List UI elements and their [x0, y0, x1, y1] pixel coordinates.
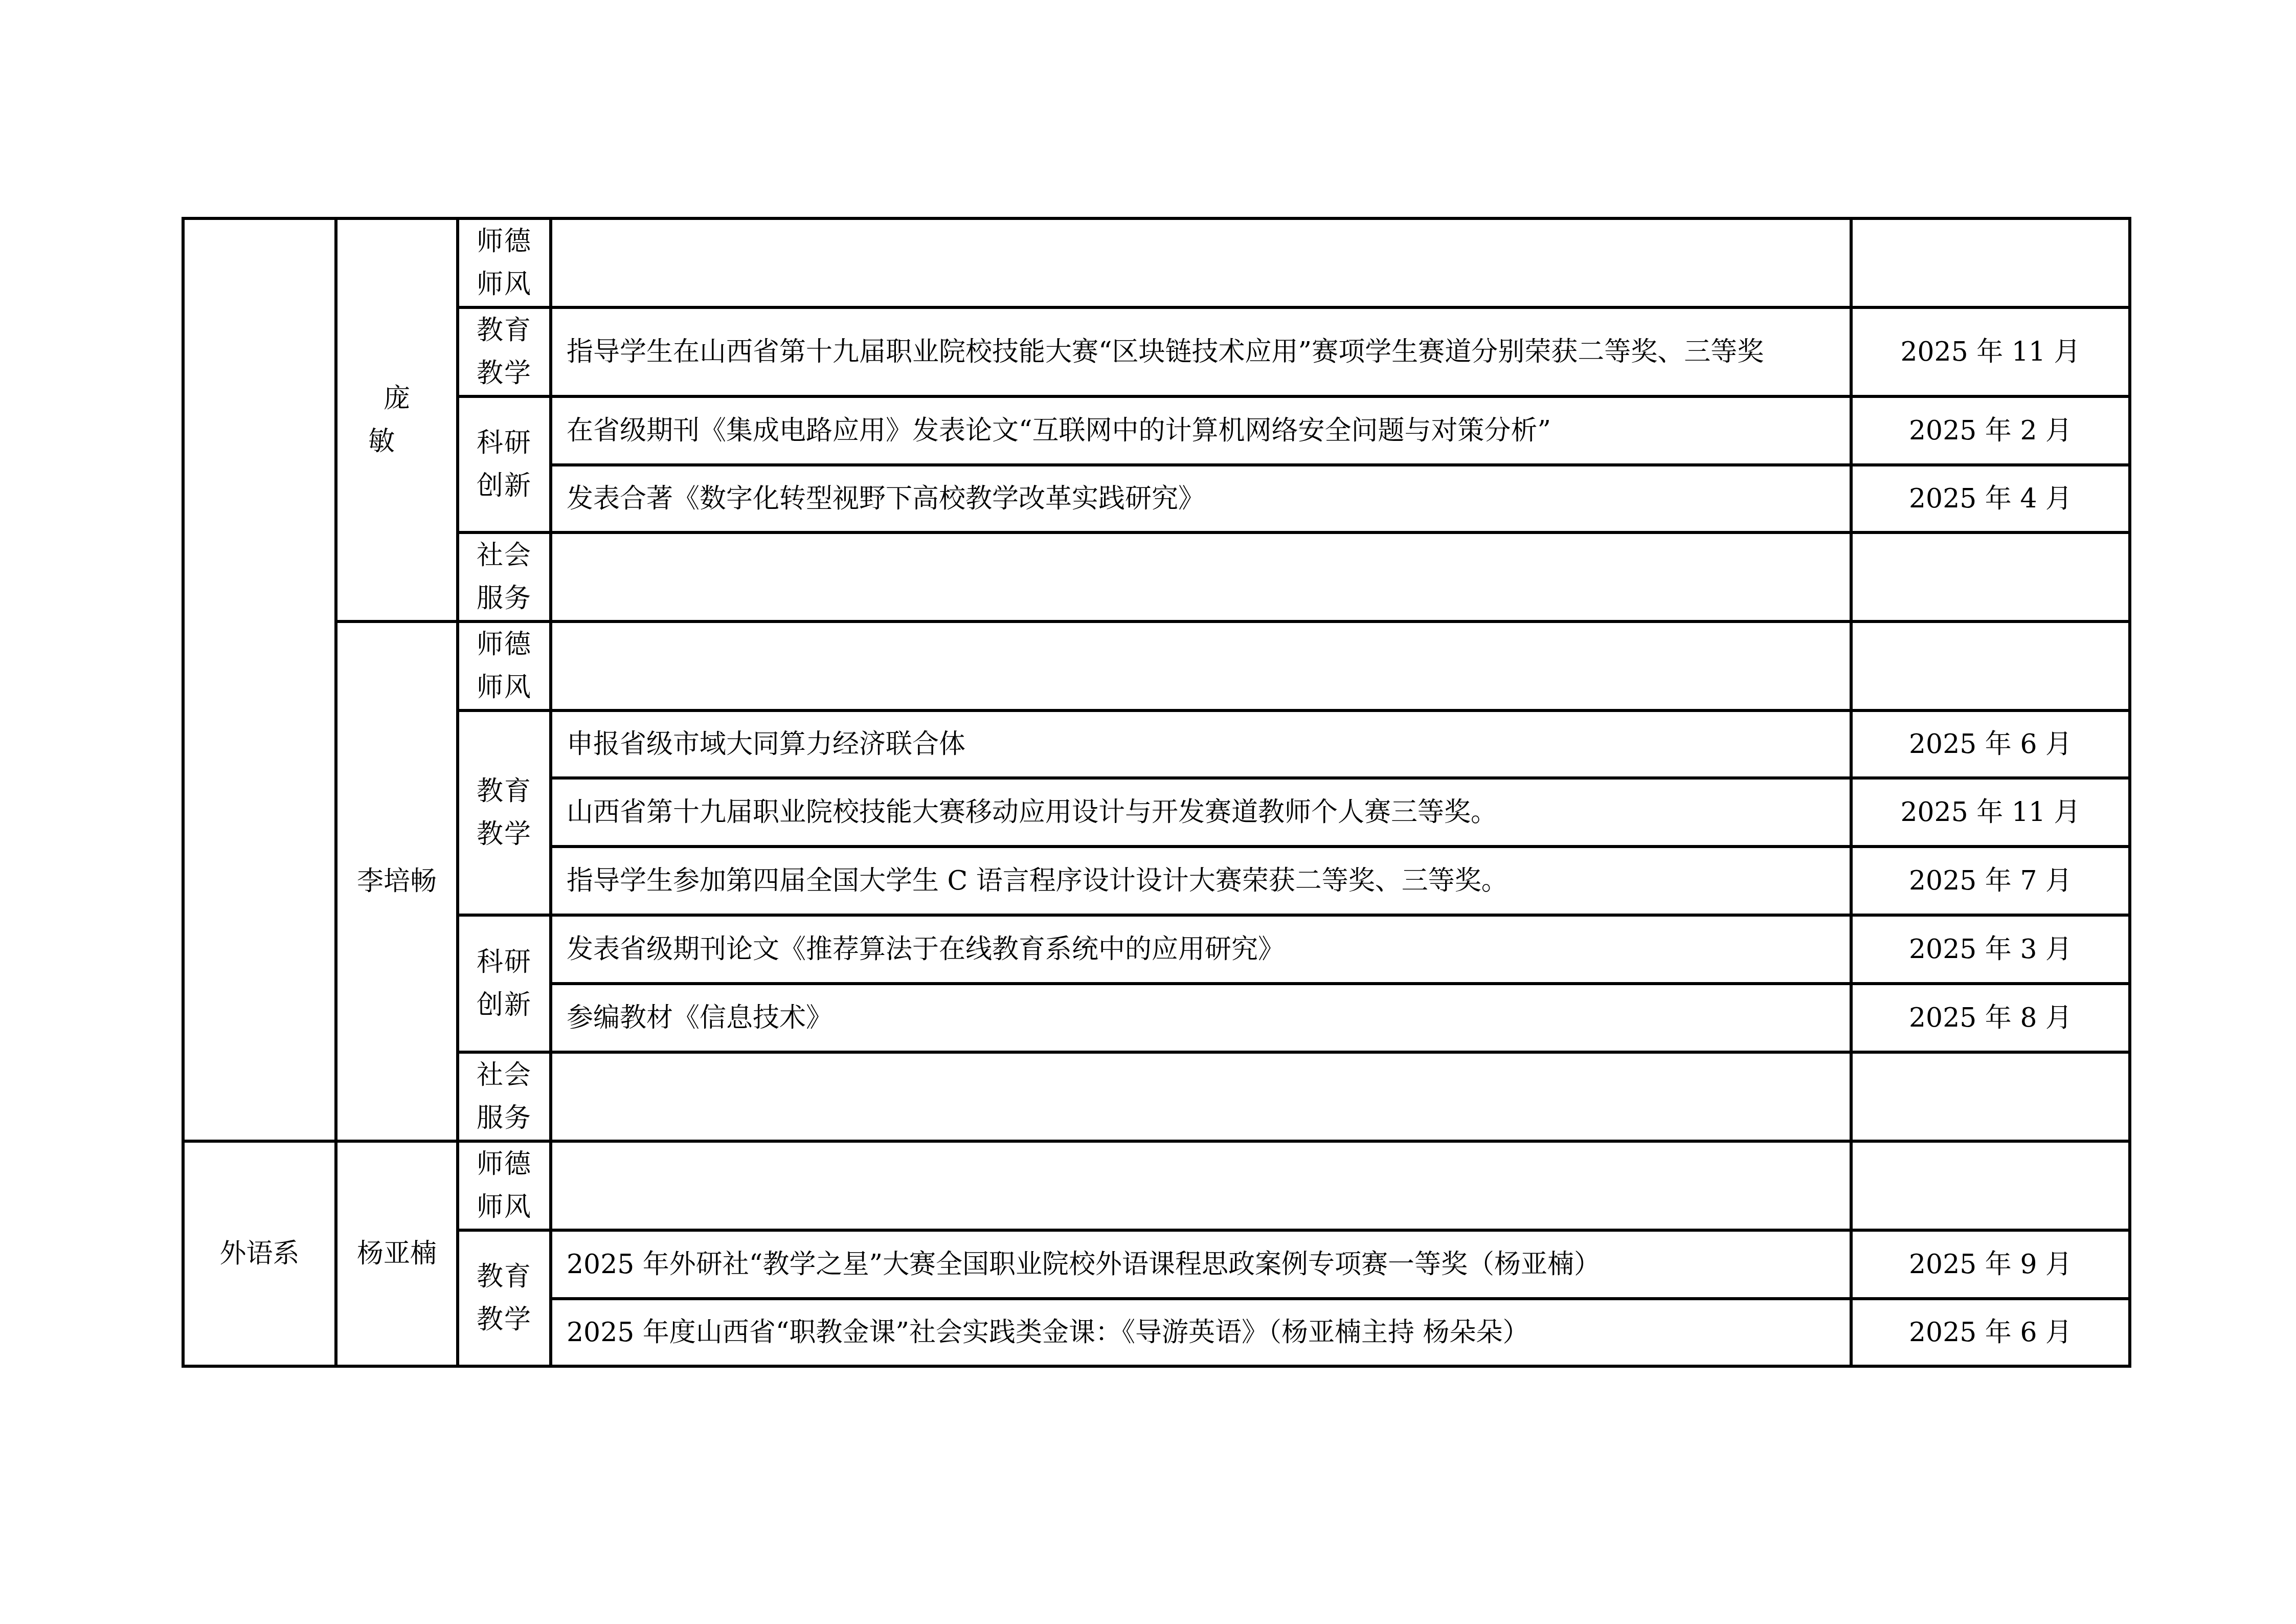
- table-row: 社会服务: [183, 532, 2130, 621]
- description-cell: [551, 1141, 1851, 1230]
- date-cell: 2025 年 11 月: [1851, 778, 2130, 847]
- date-cell: [1851, 532, 2130, 621]
- category-cell-teaching: 教育教学: [458, 1230, 551, 1366]
- category-cell-ethics: 师德师风: [458, 218, 551, 307]
- description-cell: 山西省第十九届职业院校技能大赛移动应用设计与开发赛道教师个人赛三等奖。: [551, 778, 1851, 847]
- description-cell: 申报省级市域大同算力经济联合体: [551, 710, 1851, 778]
- date-cell: 2025 年 2 月: [1851, 396, 2130, 465]
- table-row: 教育教学 申报省级市域大同算力经济联合体 2025 年 6 月: [183, 710, 2130, 778]
- table-row: 社会服务: [183, 1052, 2130, 1141]
- achievement-table: 庞 敏 师德师风 教育教学 指导学生在山西省第十九届职业院校技能大赛“区块链技术…: [182, 217, 2131, 1368]
- date-cell: 2025 年 9 月: [1851, 1230, 2130, 1299]
- description-cell: [551, 532, 1851, 621]
- description-cell: [551, 621, 1851, 710]
- table-row: 庞 敏 师德师风: [183, 218, 2130, 307]
- description-cell: 在省级期刊《集成电路应用》发表论文“互联网中的计算机网络安全问题与对策分析”: [551, 396, 1851, 465]
- date-cell: [1851, 218, 2130, 307]
- department-cell: [183, 218, 336, 1141]
- description-cell: 发表合著《数字化转型视野下高校教学改革实践研究》: [551, 465, 1851, 532]
- description-cell: 2025 年度山西省“职教金课”社会实践类金课：《导游英语》（杨亚楠主持 杨朵朵…: [551, 1299, 1851, 1366]
- date-cell: 2025 年 6 月: [1851, 710, 2130, 778]
- description-cell: [551, 218, 1851, 307]
- category-cell-ethics: 师德师风: [458, 621, 551, 710]
- date-cell: 2025 年 4 月: [1851, 465, 2130, 532]
- table-row: 李培畅 师德师风: [183, 621, 2130, 710]
- date-cell: 2025 年 3 月: [1851, 915, 2130, 984]
- date-cell: [1851, 1141, 2130, 1230]
- document-page: 庞 敏 师德师风 教育教学 指导学生在山西省第十九届职业院校技能大赛“区块链技术…: [0, 0, 2296, 1624]
- teacher-name-cell: 庞 敏: [336, 218, 458, 621]
- category-cell-research: 科研创新: [458, 915, 551, 1052]
- teacher-name-cell: 杨亚楠: [336, 1141, 458, 1366]
- category-cell-service: 社会服务: [458, 1052, 551, 1141]
- description-cell: 参编教材《信息技术》: [551, 984, 1851, 1052]
- category-cell-teaching: 教育教学: [458, 710, 551, 915]
- date-cell: 2025 年 8 月: [1851, 984, 2130, 1052]
- description-cell: [551, 1052, 1851, 1141]
- teacher-name-cell: 李培畅: [336, 621, 458, 1141]
- category-cell-ethics: 师德师风: [458, 1141, 551, 1230]
- description-cell: 指导学生在山西省第十九届职业院校技能大赛“区块链技术应用”赛项学生赛道分别荣获二…: [551, 307, 1851, 396]
- date-cell: 2025 年 11 月: [1851, 307, 2130, 396]
- date-cell: 2025 年 7 月: [1851, 847, 2130, 915]
- table-row: 科研创新 发表省级期刊论文《推荐算法于在线教育系统中的应用研究》 2025 年 …: [183, 915, 2130, 984]
- department-cell: 外语系: [183, 1141, 336, 1366]
- date-cell: [1851, 1052, 2130, 1141]
- description-cell: 发表省级期刊论文《推荐算法于在线教育系统中的应用研究》: [551, 915, 1851, 984]
- category-cell-research: 科研创新: [458, 396, 551, 532]
- table-row: 教育教学 2025 年外研社“教学之星”大赛全国职业院校外语课程思政案例专项赛一…: [183, 1230, 2130, 1299]
- description-cell: 指导学生参加第四届全国大学生 C 语言程序设计设计大赛荣获二等奖、三等奖。: [551, 847, 1851, 915]
- date-cell: [1851, 621, 2130, 710]
- date-cell: 2025 年 6 月: [1851, 1299, 2130, 1366]
- category-cell-service: 社会服务: [458, 532, 551, 621]
- description-cell: 2025 年外研社“教学之星”大赛全国职业院校外语课程思政案例专项赛一等奖（杨亚…: [551, 1230, 1851, 1299]
- table-row: 外语系 杨亚楠 师德师风: [183, 1141, 2130, 1230]
